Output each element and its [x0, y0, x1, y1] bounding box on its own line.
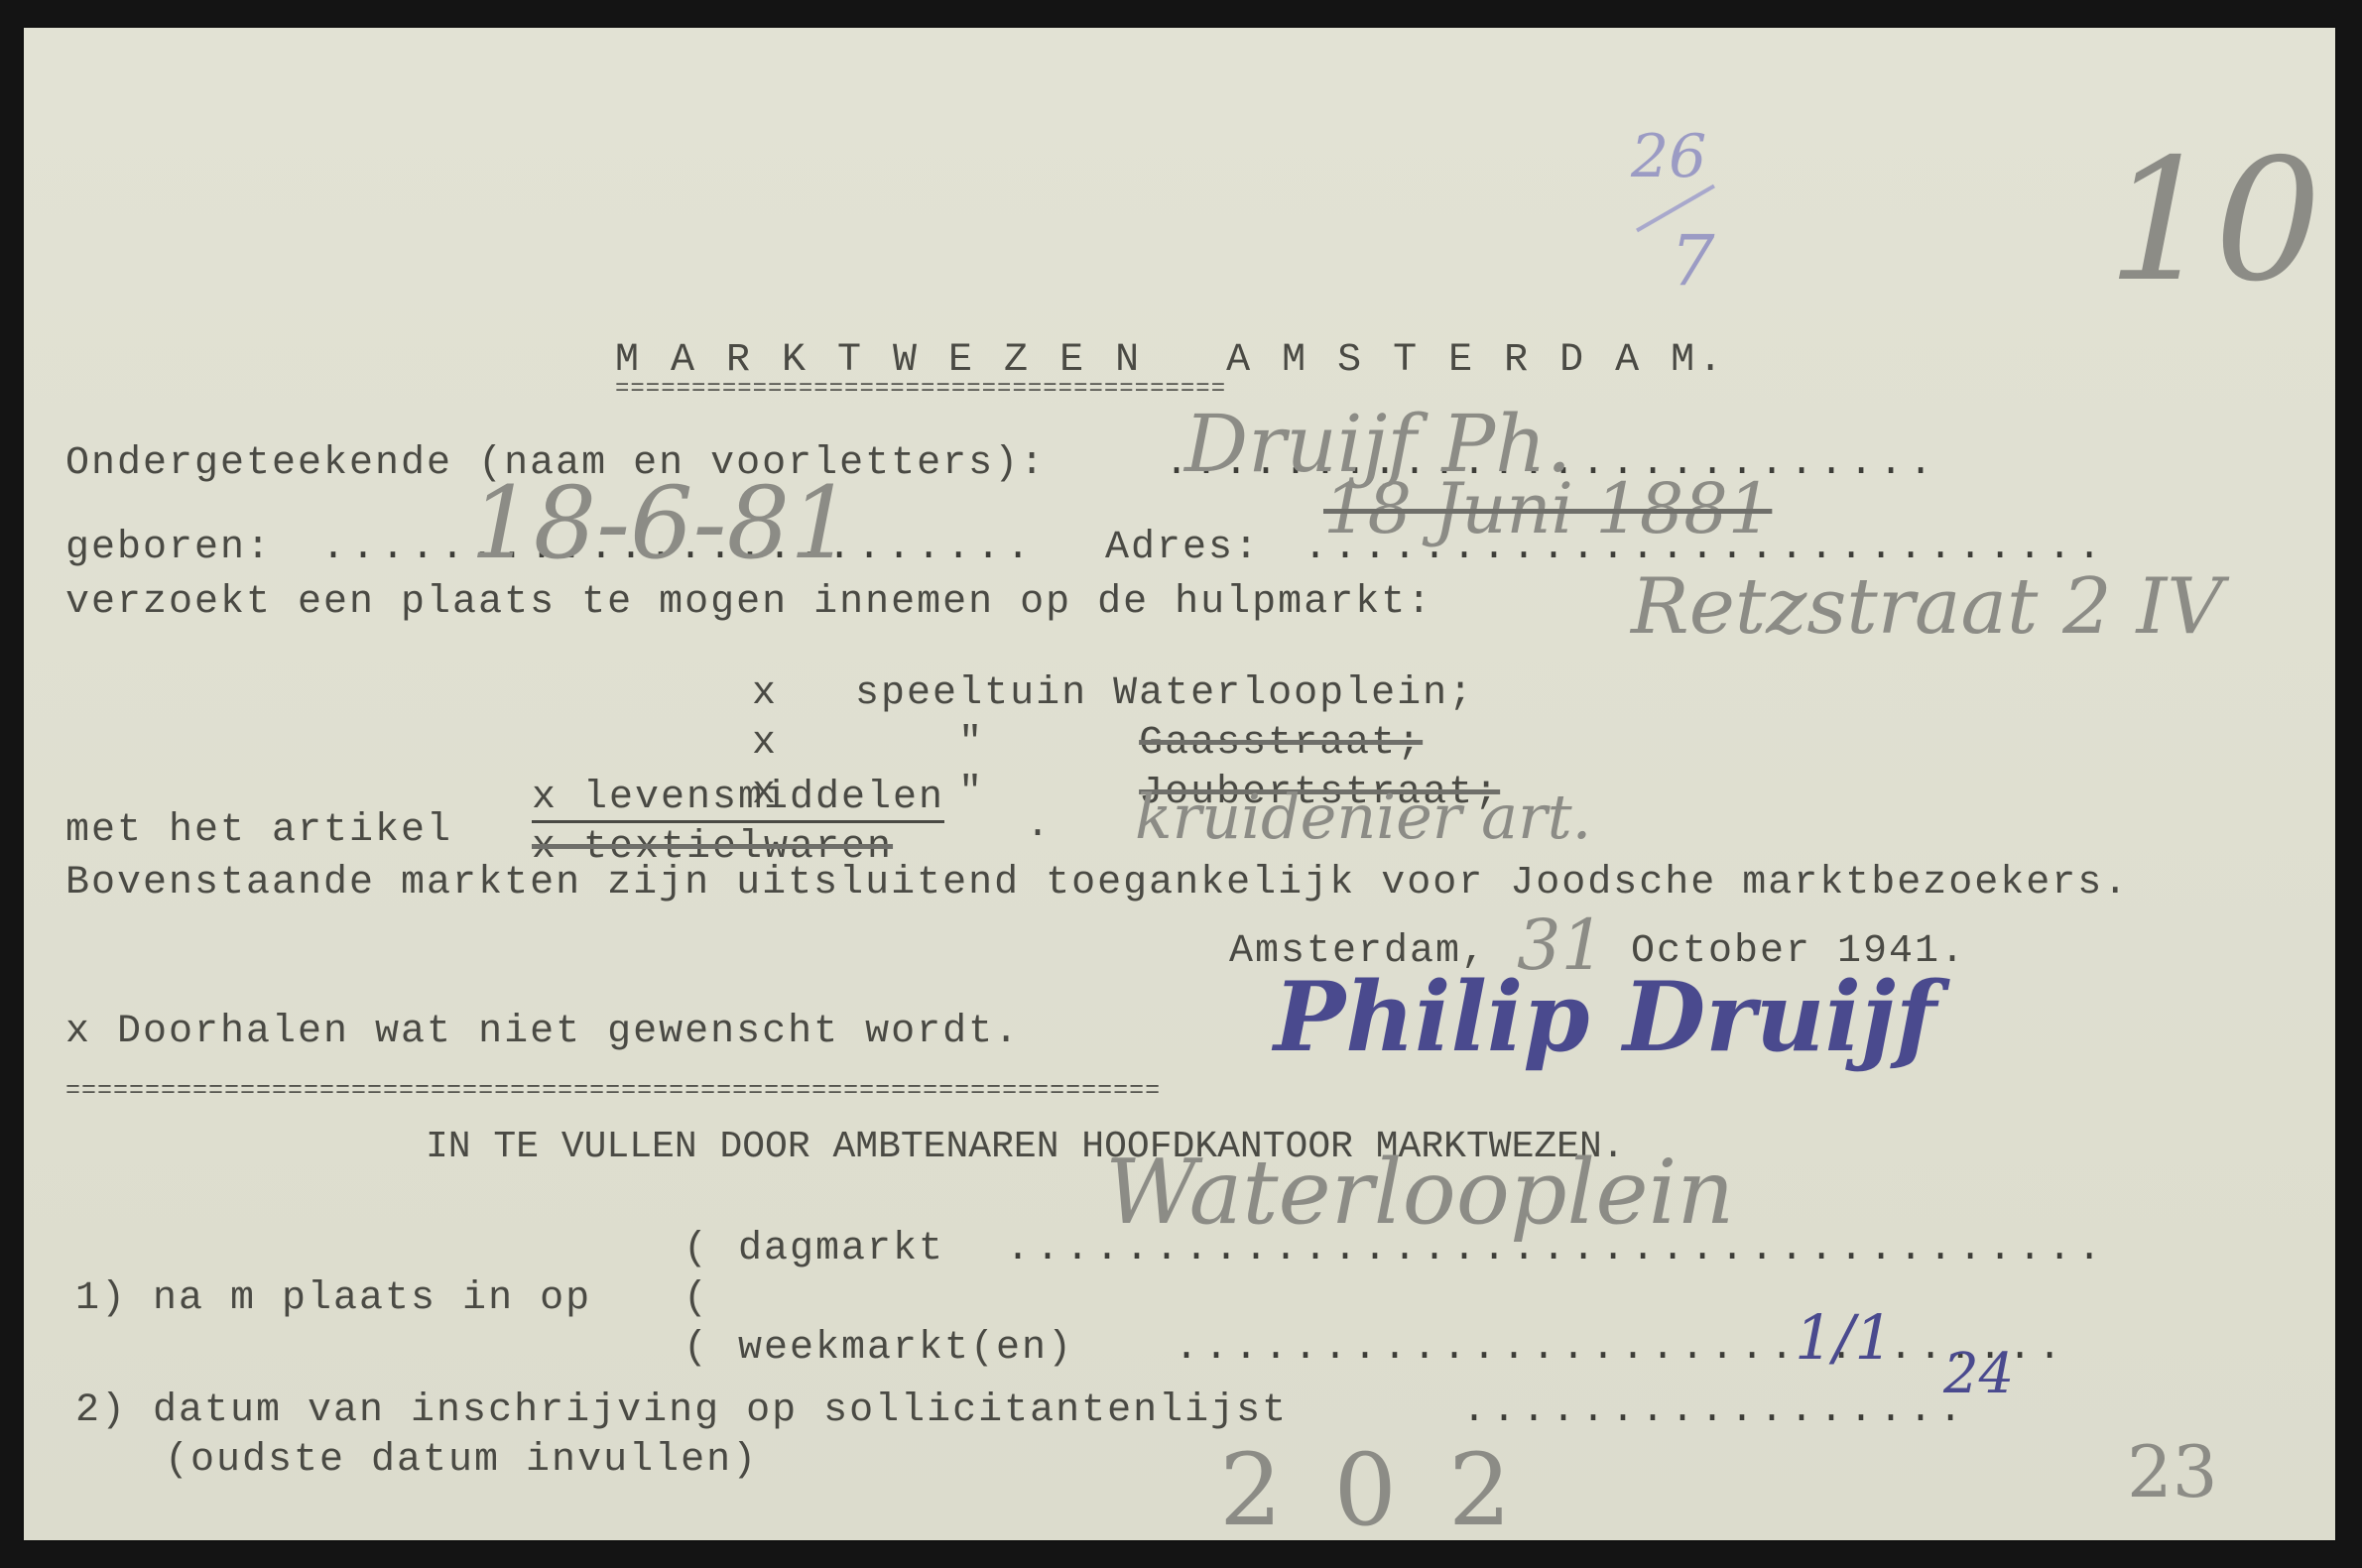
fraction-annotation-top: 26: [1631, 127, 1706, 186]
dagmarkt-label: dagmarkt: [738, 1230, 944, 1269]
item2-value: 24: [1943, 1347, 2014, 1402]
request-intro: verzoekt een plaats te mogen innemen op …: [65, 583, 1432, 623]
page-number-annotation: 23: [2127, 1436, 2218, 1508]
section-divider: ========================================…: [65, 1084, 1161, 1098]
address-value-struck: 18 Juni 1881: [1323, 474, 1772, 543]
title-double-rule: ========================================: [615, 383, 1226, 396]
weekmarkt-field-dots: ..............................: [1175, 1329, 2067, 1369]
address-label: Adres:: [1105, 529, 1260, 568]
article-label: met het artikel: [65, 811, 452, 851]
article-option: x levensmiddelen: [532, 779, 944, 818]
corner-mark: 10: [2107, 137, 2321, 305]
signature: Philip Druijf: [1274, 970, 1936, 1065]
address-value: Retzstraat 2 IV: [1631, 568, 2223, 646]
article-handwritten-note: kruidenier art.: [1135, 786, 1591, 848]
birth-label: geboren:: [65, 529, 272, 568]
bracket-mid: (: [684, 1279, 709, 1319]
weekmarkt-value: 1/1: [1795, 1307, 1894, 1369]
notice-text: Bovenstaande markten zijn uitsluitend to…: [65, 864, 2129, 904]
article-period: .: [1026, 806, 1052, 846]
footnote-text: x Doorhalen wat niet gewenscht wordt.: [65, 1013, 1020, 1052]
birth-value: 18-6-81: [470, 474, 853, 573]
bottom-number-annotation: 2 0 2: [1219, 1441, 1521, 1540]
dagmarkt-value: Waterlooplein: [1105, 1148, 1734, 1238]
document-card: 26 7 10 M A R K T W E Z E N A M S T E R …: [24, 28, 2335, 1540]
item2-field-dots: .................: [1462, 1391, 1968, 1431]
item1-label: 1) na m plaats in op: [75, 1279, 591, 1319]
fraction-annotation-bottom: 7: [1671, 226, 1715, 296]
item2-note: (oudste datum invullen): [165, 1441, 758, 1481]
bracket-bottom: (: [684, 1329, 709, 1369]
page-title: M A R K T W E Z E N A M S T E R D A M.: [615, 341, 1726, 381]
bracket-top: (: [684, 1230, 709, 1269]
item2-label: 2) datum van inschrijving op sollicitant…: [75, 1391, 1288, 1431]
weekmarkt-label: weekmarkt(en): [738, 1329, 1073, 1369]
